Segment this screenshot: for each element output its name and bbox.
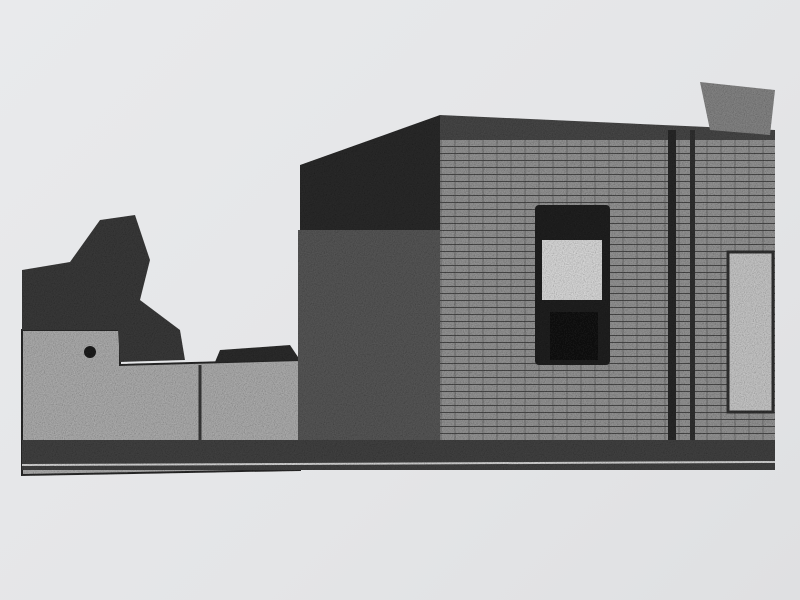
left-wall — [22, 215, 300, 475]
building-print — [0, 0, 800, 600]
